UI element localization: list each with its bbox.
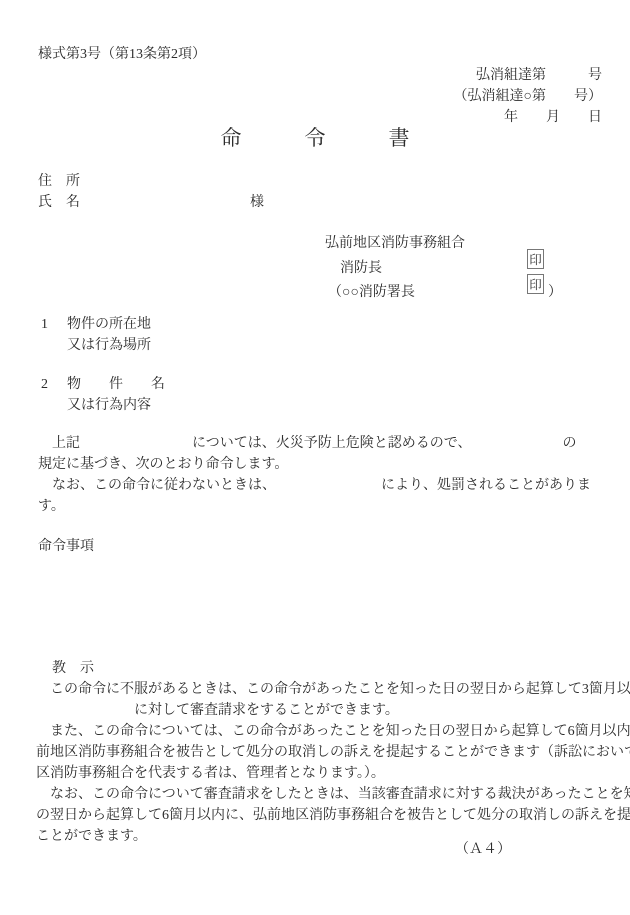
station-chief-close-paren: ） xyxy=(548,282,562,303)
instruction-line: に対して審査請求をすることができます。 xyxy=(36,700,630,721)
instruction-line: また、この命令については、この命令があったことを知った日の翌日から起算して6箇月… xyxy=(36,721,630,742)
name-label: 氏 名 xyxy=(38,192,80,213)
doc-number-line: 弘消組達第 号 xyxy=(454,65,602,86)
instruction-heading: 教 示 xyxy=(38,658,94,679)
item-1-label-line2: 又は行為場所 xyxy=(67,335,151,356)
document-title: 命 令 書 xyxy=(0,126,630,150)
instruction-line: ことができます。 xyxy=(36,826,630,847)
addressee-honorific: 様 xyxy=(250,192,264,213)
order-paragraph-line: なお、この命令に従わないときは、 により、処罰されることがありま xyxy=(38,475,591,496)
paper-size-note: （Ａ４） xyxy=(455,839,511,860)
station-chief-seal-placeholder: 印 xyxy=(527,274,544,294)
instruction-line: なお、この命令について審査請求をしたときは、当該審査請求に対する裁決があったこと… xyxy=(36,784,630,805)
address-label: 住 所 xyxy=(38,171,80,192)
instruction-line: この命令に不服があるときは、この命令があったことを知った日の翌日から起算して3箇… xyxy=(36,679,630,700)
instruction-line: 区消防事務組合を代表する者は、管理者となります。）。 xyxy=(36,763,630,784)
header-number-block: 弘消組達第 号 （弘消組達○第 号） 年 月 日 xyxy=(454,65,602,128)
fire-chief-title: 消防長 xyxy=(340,258,382,279)
order-document-page: 様式第3号（第13条第2項） 弘消組達第 号 （弘消組達○第 号） 年 月 日 … xyxy=(0,0,630,915)
order-paragraph-line: す。 xyxy=(38,496,591,517)
instruction-line: の翌日から起算して6箇月以内に、弘前地区消防事務組合を被告として処分の取消しの訴… xyxy=(36,805,630,826)
item-2-number: 2 xyxy=(41,374,48,395)
doc-number-line-alt: （弘消組達○第 号） xyxy=(454,86,602,107)
issuer-organization: 弘前地区消防事務組合 xyxy=(325,233,465,254)
item-2-label-line1: 物 件 名 xyxy=(67,374,165,395)
fire-chief-seal-placeholder: 印 xyxy=(527,249,544,269)
order-paragraph-line: 規定に基づき、次のとおり命令します。 xyxy=(38,454,591,475)
item-2-label-line2: 又は行為内容 xyxy=(67,395,151,416)
order-items-label: 命令事項 xyxy=(38,536,94,557)
order-paragraph-line: 上記 については、火災予防上危険と認めるので、 の xyxy=(38,433,591,454)
item-1-number: 1 xyxy=(41,314,48,335)
date-line: 年 月 日 xyxy=(454,107,602,128)
instruction-paragraphs: この命令に不服があるときは、この命令があったことを知った日の翌日から起算して3箇… xyxy=(36,679,630,847)
item-1-label-line1: 物件の所在地 xyxy=(67,314,151,335)
station-chief-title: （○○消防署長 xyxy=(328,282,415,303)
order-paragraph: 上記 については、火災予防上危険と認めるので、 の 規定に基づき、次のとおり命令… xyxy=(38,433,591,517)
form-number: 様式第3号（第13条第2項） xyxy=(38,44,206,65)
instruction-line: 前地区消防事務組合を被告として処分の取消しの訴えを提起することができます（訴訟に… xyxy=(36,742,630,763)
